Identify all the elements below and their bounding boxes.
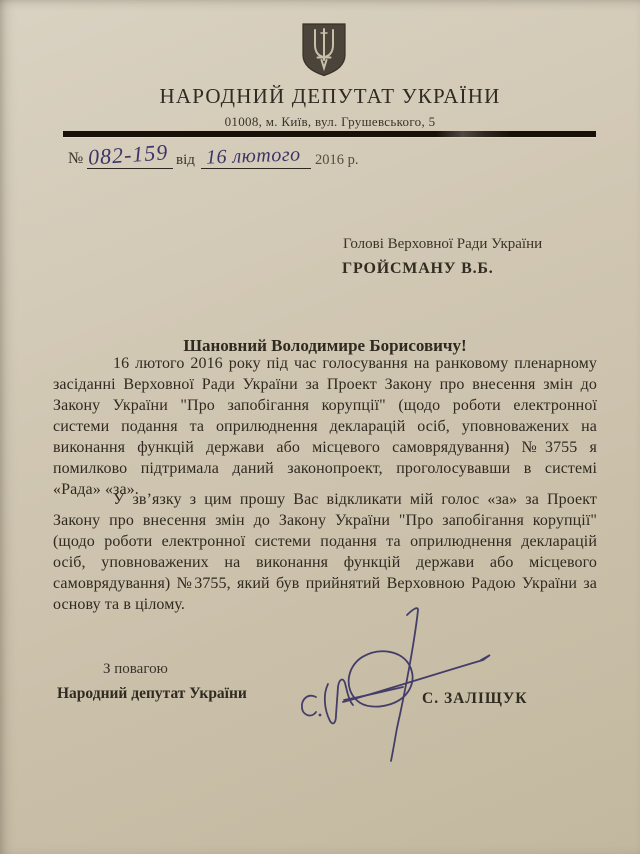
- org-address: 01008, м. Київ, вул. Грушевського, 5: [0, 114, 640, 130]
- ref-number-label: №: [68, 150, 83, 168]
- addressee-position: Голові Верховної Ради України: [343, 236, 542, 253]
- ref-number-underline: [87, 168, 173, 169]
- letter-line: Закону України "Про запобігання корупції…: [53, 395, 597, 416]
- letter-line: У зв’язку з цим прошу Вас відкликати мій…: [53, 489, 597, 510]
- ref-date-handwritten: 16 лютого: [206, 143, 301, 169]
- ref-date-underline: [201, 168, 311, 169]
- letter-line: виконання функцій держави або місцевого …: [53, 437, 597, 458]
- handwritten-signature-icon: [285, 593, 500, 778]
- header-divider-rule: [63, 131, 596, 137]
- closing-phrase: З повагою: [103, 661, 168, 678]
- letter-line: Закону про внесення змін до Закону Украї…: [53, 510, 597, 531]
- addressee-name: ГРОЙСМАНУ В.Б.: [342, 260, 494, 278]
- letter-line: 16 лютого 2016 року під час голосування …: [53, 353, 597, 374]
- letter-line: осіб, уповноважених на виконання функцій…: [53, 552, 597, 573]
- ref-year-label: 2016 р.: [315, 152, 359, 169]
- letter-line: системи подання та оприлюднення декларац…: [53, 416, 597, 437]
- ref-number-handwritten: 082-159: [87, 139, 169, 171]
- org-title: НАРОДНИЙ ДЕПУТАТ УКРАЇНИ: [0, 84, 640, 109]
- signer-title: Народний депутат України: [57, 685, 247, 703]
- letter-document-photo: НАРОДНИЙ ДЕПУТАТ УКРАЇНИ 01008, м. Київ,…: [0, 0, 640, 854]
- letter-line: (щодо роботи електронної системи подання…: [53, 531, 597, 552]
- letter-line: засіданні Верховної Ради України за Прое…: [53, 374, 597, 395]
- ukraine-trident-coat-of-arms-icon: [300, 22, 348, 83]
- letter-line: самоврядування) №3755, який був прийняти…: [53, 573, 597, 594]
- ref-from-label: від: [176, 152, 195, 169]
- body-paragraph-1: 16 лютого 2016 року під час голосування …: [53, 353, 597, 500]
- letter-line: помилково підтримала даний законопроект,…: [53, 458, 597, 479]
